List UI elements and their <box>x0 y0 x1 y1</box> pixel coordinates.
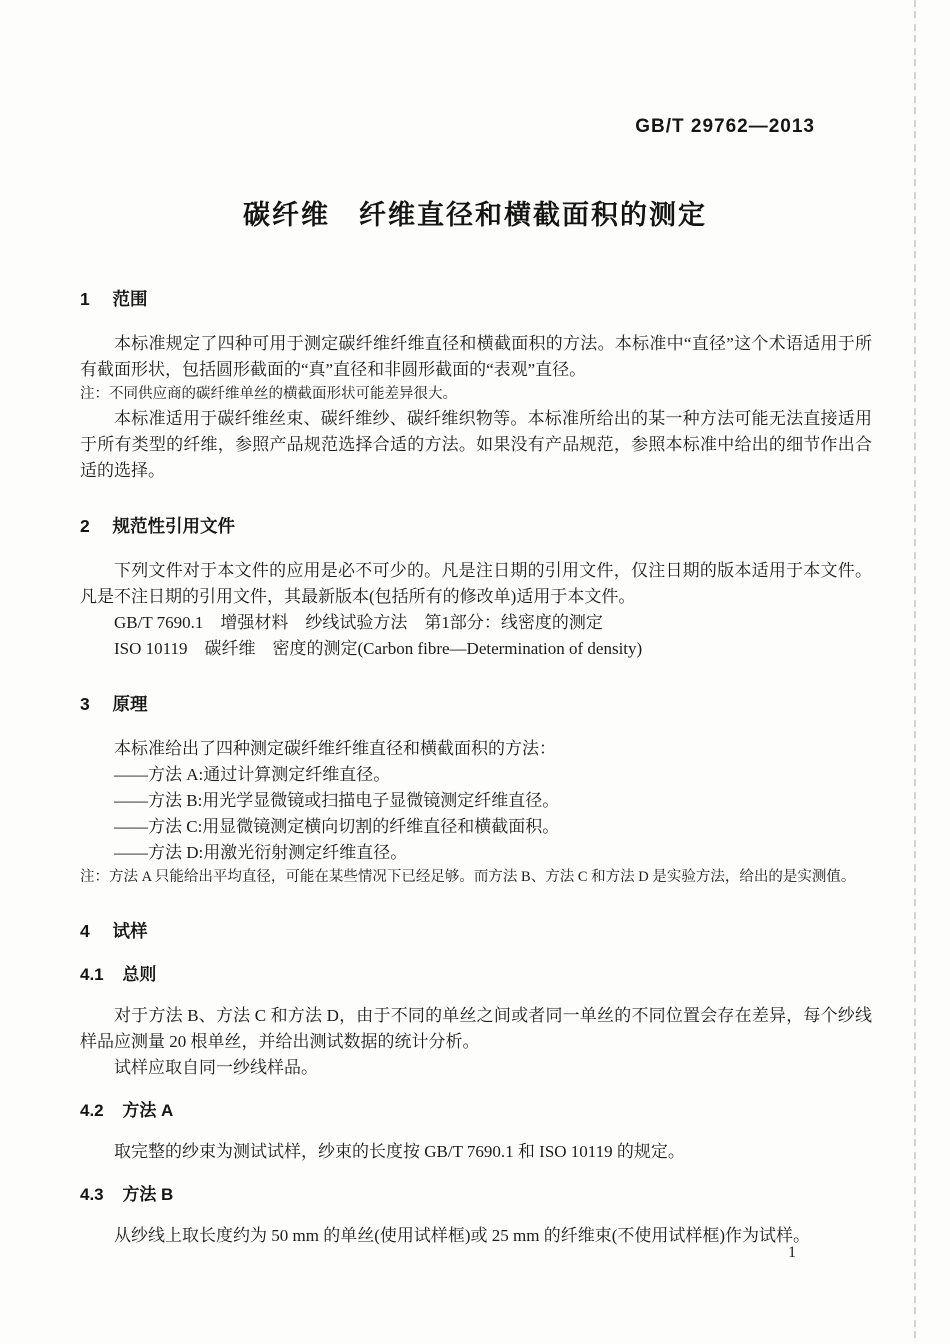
subsection-number: 4.1 <box>80 965 104 984</box>
document-title: 碳纤维 纤维直径和横截面积的测定 <box>0 193 950 232</box>
section-title: 原理 <box>112 694 147 714</box>
method-b-paragraph: 从纱线上取长度约为 50 mm 的单丝(使用试样框)或 25 mm 的纤维束(不… <box>80 1223 872 1249</box>
document-body: 1范围 本标准规定了四种可用于测定碳纤维纤维直径和横截面积的方法。本标准中“直径… <box>80 287 872 1249</box>
section-title: 规范性引用文件 <box>112 516 235 536</box>
section-1-heading: 1范围 <box>80 287 872 311</box>
principle-intro-paragraph: 本标准给出了四种测定碳纤维纤维直径和横截面积的方法： <box>80 736 872 762</box>
method-list-item-a: ——方法 A:通过计算测定纤维直径。 <box>80 762 872 788</box>
subsection-number: 4.3 <box>80 1185 104 1204</box>
section-normative-references: 2规范性引用文件 下列文件对于本文件的应用是必不可少的。凡是注日期的引用文件，仅… <box>80 514 872 662</box>
general-paragraph-2: 试样应取自同一纱线样品。 <box>80 1055 872 1081</box>
method-a-paragraph: 取完整的纱束为测试试样，纱束的长度按 GB/T 7690.1 和 ISO 101… <box>80 1139 872 1165</box>
section-title: 范围 <box>112 289 147 309</box>
section-number: 2 <box>80 516 90 536</box>
scope-paragraph-1: 本标准规定了四种可用于测定碳纤维纤维直径和横截面积的方法。本标准中“直径”这个术… <box>80 331 872 383</box>
method-list-item-b: ——方法 B:用光学显微镜或扫描电子显微镜测定纤维直径。 <box>80 788 872 814</box>
subsection-4-2-heading: 4.2方法 A <box>80 1099 872 1123</box>
scope-paragraph-2: 本标准适用于碳纤维丝束、碳纤维纱、碳纤维织物等。本标准所给出的某一种方法可能无法… <box>80 406 872 484</box>
subsection-4-1-heading: 4.1总则 <box>80 963 872 987</box>
references-paragraph: 下列文件对于本文件的应用是必不可少的。凡是注日期的引用文件，仅注日期的版本适用于… <box>80 558 872 610</box>
general-paragraph-1: 对于方法 B、方法 C 和方法 D，由于不同的单丝之间或者同一单丝的不同位置会存… <box>80 1003 872 1055</box>
section-number: 3 <box>80 694 90 714</box>
subsection-title: 方法 A <box>122 1101 173 1120</box>
standard-number: GB/T 29762—2013 <box>635 116 815 138</box>
document-page: GB/T 29762—2013 碳纤维 纤维直径和横截面积的测定 1范围 本标准… <box>0 0 950 1344</box>
section-specimens: 4试样 4.1总则 对于方法 B、方法 C 和方法 D，由于不同的单丝之间或者同… <box>80 919 872 1249</box>
subsection-title: 方法 B <box>122 1185 173 1204</box>
method-list-item-d: ——方法 D:用激光衍射测定纤维直径。 <box>80 840 872 866</box>
subsection-number: 4.2 <box>80 1101 104 1120</box>
method-list-item-c: ——方法 C:用显微镜测定横向切割的纤维直径和横截面积。 <box>80 814 872 840</box>
section-4-heading: 4试样 <box>80 919 872 943</box>
subsection-title: 总则 <box>122 965 156 984</box>
scope-note: 注：不同供应商的碳纤维单丝的横截面形状可能差异很大。 <box>80 383 872 406</box>
section-number: 4 <box>80 921 90 941</box>
section-scope: 1范围 本标准规定了四种可用于测定碳纤维纤维直径和横截面积的方法。本标准中“直径… <box>80 287 872 484</box>
principle-note: 注：方法 A 只能给出平均直径，可能在某些情况下已经足够。而方法 B、方法 C … <box>80 866 872 889</box>
section-title: 试样 <box>112 921 147 941</box>
section-2-heading: 2规范性引用文件 <box>80 514 872 538</box>
subsection-4-3-heading: 4.3方法 B <box>80 1183 872 1207</box>
reference-item-iso10119: ISO 10119 碳纤维 密度的测定(Carbon fibre—Determi… <box>80 636 872 662</box>
page-number: 1 <box>788 1244 796 1262</box>
section-3-heading: 3原理 <box>80 692 872 716</box>
reference-item-gbt7690: GB/T 7690.1 增强材料 纱线试验方法 第1部分：线密度的测定 <box>80 610 872 636</box>
section-principle: 3原理 本标准给出了四种测定碳纤维纤维直径和横截面积的方法： ——方法 A:通过… <box>80 692 872 889</box>
section-number: 1 <box>80 289 90 309</box>
